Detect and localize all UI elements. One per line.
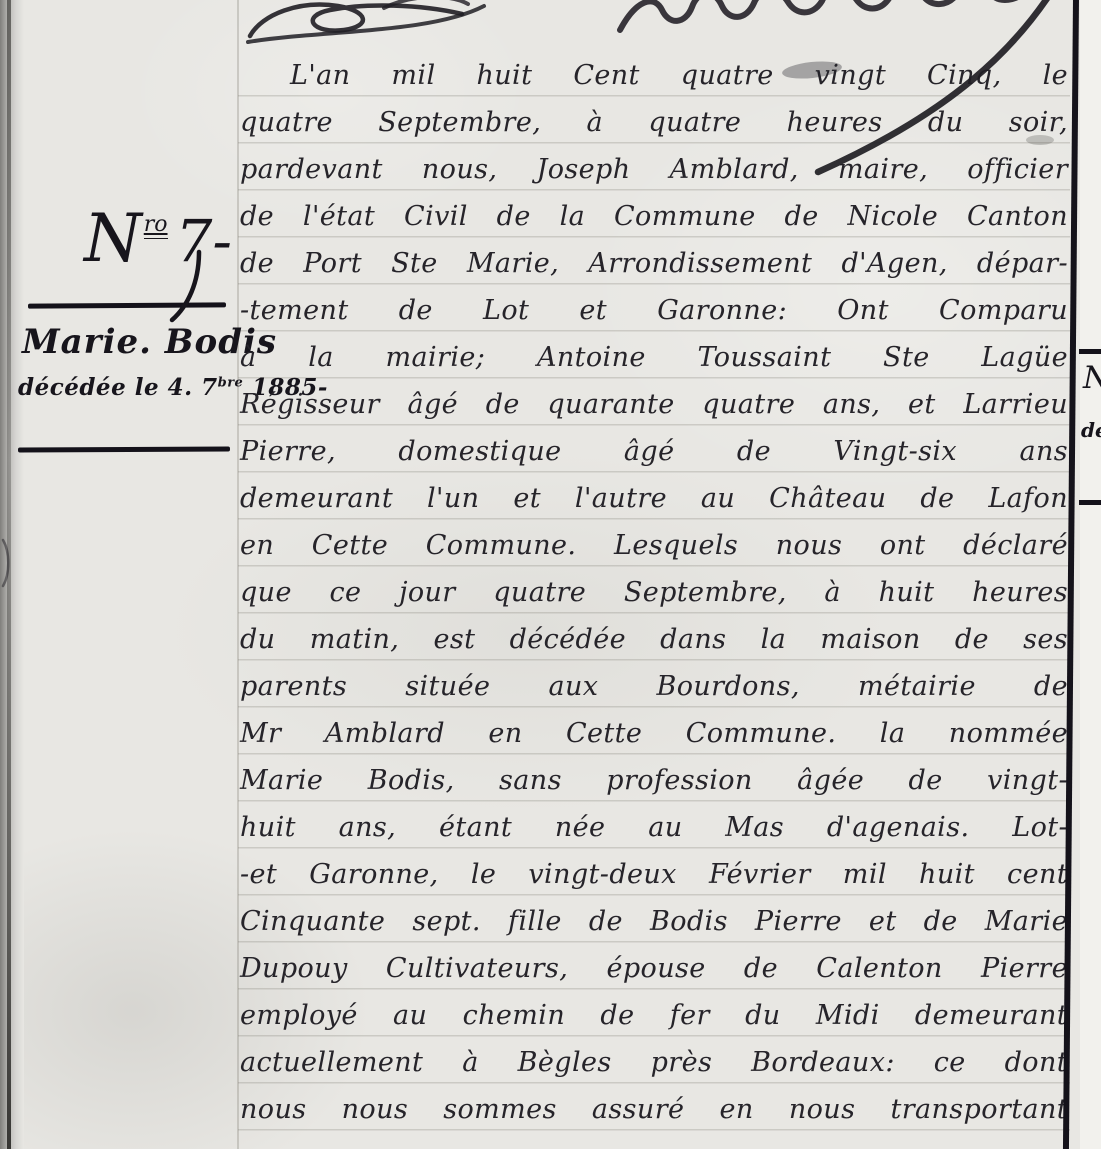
margin-column-guideline: [237, 0, 239, 1149]
facing-page-rule-top: [1079, 349, 1101, 354]
manuscript-line: que ce jour quatre Septembre, à huit heu…: [240, 569, 1068, 616]
manuscript-line: -et Garonne, le vingt-deux Février mil h…: [240, 851, 1068, 898]
record-number-letter: N: [84, 200, 142, 277]
signature-scrawl-top-right: [620, 0, 1026, 30]
manuscript-line: Cinquante sept. fille de Bodis Pierre et…: [240, 898, 1068, 945]
death-date-prefix: décédée le 4. 7: [18, 374, 218, 401]
record-number: Nro7-: [84, 206, 232, 272]
death-register-page: Nro7- Marie. Bodis décédée le 4. 7bre 18…: [0, 0, 1101, 1149]
margin-rule-bottom: [18, 446, 230, 452]
signature-flourish-top-left-loop: [384, 0, 468, 8]
binding-shadow: [7, 0, 11, 1149]
margin-rule-top: [28, 302, 226, 308]
manuscript-line: demeurant l'un et l'autre au Château de …: [240, 475, 1068, 522]
manuscript-line: Mr Amblard en Cette Commune. la nommée: [240, 710, 1068, 757]
manuscript-line: employé au chemin de fer du Midi demeura…: [240, 992, 1068, 1039]
facing-page-edge: [1080, 0, 1101, 1149]
record-number-superscript: ro: [144, 212, 168, 239]
signature-flourish-top-left: [250, 5, 462, 36]
record-number-digit: 7-: [176, 207, 233, 275]
manuscript-line: -tement de Lot et Garonne: Ont Comparu: [240, 287, 1068, 334]
manuscript-body: L'an mil huit Cent quatre vingt Cinq, le…: [240, 52, 1068, 1138]
manuscript-line: Dupouy Cultivateurs, épouse de Calenton …: [240, 945, 1068, 992]
manuscript-line: Marie Bodis, sans profession âgée de vin…: [240, 757, 1068, 804]
facing-page-rule-bottom: [1079, 500, 1101, 505]
deceased-name: Marie. Bodis: [22, 322, 277, 362]
manuscript-line: quatre Septembre, à quatre heures du soi…: [240, 99, 1068, 146]
manuscript-line: du matin, est décédée dans la maison de …: [240, 616, 1068, 663]
signature-flourish-top-left-sweep: [248, 6, 484, 42]
manuscript-line: Pierre, domestique âgé de Vingt-six ans: [240, 428, 1068, 475]
manuscript-line: pardevant nous, Joseph Amblard, maire, o…: [240, 146, 1068, 193]
manuscript-line: parents située aux Bourdons, métairie de: [240, 663, 1068, 710]
facing-page-fragment-top: N: [1083, 360, 1101, 396]
manuscript-line: L'an mil huit Cent quatre vingt Cinq, le: [240, 52, 1068, 99]
page-binding-edge: [0, 0, 24, 1149]
manuscript-line: en Cette Commune. Lesquels nous ont décl…: [240, 522, 1068, 569]
manuscript-line: huit ans, étant née au Mas d'agenais. Lo…: [240, 804, 1068, 851]
manuscript-line: de l'état Civil de la Commune de Nicole …: [240, 193, 1068, 240]
manuscript-line: nous nous sommes assuré en nous transpor…: [240, 1086, 1068, 1133]
manuscript-line: actuellement à Bègles près Bordeaux: ce …: [240, 1039, 1068, 1086]
facing-page-fragment-bottom: de: [1081, 418, 1101, 442]
manuscript-line: Régisseur âgé de quarante quatre ans, et…: [240, 381, 1068, 428]
manuscript-line: de Port Ste Marie, Arrondissement d'Agen…: [240, 240, 1068, 287]
manuscript-line: à la mairie; Antoine Toussaint Ste Lagüe: [240, 334, 1068, 381]
